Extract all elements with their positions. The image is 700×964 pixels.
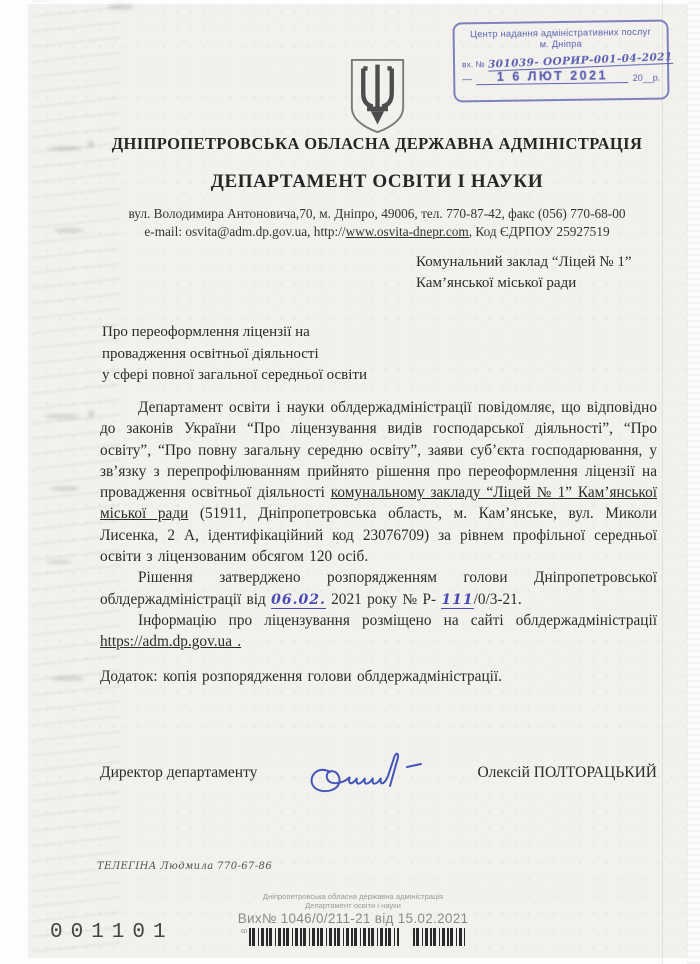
ukraine-trident-emblem-icon [349,58,406,139]
barcode-segment-2 [413,928,465,946]
intake-number-prefix: вх. № [462,59,485,69]
recipient-line2: Кам’янської міської ради [416,273,632,294]
recipient-block: Комунальний заклад “Ліцей № 1” Кам’янськ… [416,252,632,293]
recipient-line1: Комунальний заклад “Ліцей № 1” [416,252,632,273]
scan-artifact [54,228,84,233]
org-contact-line: e-mail: osvita@adm.dp.gov.ua, http://www… [97,224,657,240]
intake-year-suffix: 20__р. [633,73,661,83]
executor-line: ТЕЛЕГІНА Людмила 770-67-86 [97,861,272,872]
scanned-letter-page: Центр надання адміністративних послуг м.… [0,0,700,964]
attachment-line: Додаток: копія розпорядження голови облд… [100,666,657,687]
outgoing-stamp-org: Дніпропетровська обласна державна адміні… [222,892,484,901]
scan-artifact [48,146,82,151]
p3-text: Інформацію про ліцензування розміщено на… [138,612,657,629]
scan-artifact [687,0,700,964]
intake-stamp: Центр надання адміністративних послуг м.… [452,19,669,102]
page-number: 001101 [50,921,174,944]
org-name-title: ДНІПРОПЕТРОВСЬКА ОБЛАСНА ДЕРЖАВНА АДМІНІ… [97,134,657,154]
paragraph-1: Департамент освіти і науки облдержадміні… [100,397,657,567]
subject-line1: Про переоформлення ліцензії на [102,322,367,344]
scan-artifact [46,560,72,564]
letter-body: Департамент освіти і науки облдержадміні… [100,397,657,687]
p2-text-mid: 2021 року № Р- [326,591,442,608]
signature-row: Директор департаменту Олексій ПОЛТОРАЦЬК… [100,742,657,804]
signer-name: Олексій ПОЛТОРАЦЬКИЙ [477,764,657,782]
barcode-label: сп [241,929,247,935]
scan-artifact [108,4,134,10]
intake-date-dash: — [462,74,472,85]
adm-site-link: https://adm.dp.gov.ua . [100,633,241,650]
scan-artifact [88,410,94,418]
subject-line2: провадження освітньої діяльності [102,344,367,366]
signer-position: Директор департаменту [100,764,257,782]
org-address-line: вул. Володимира Антоновича,70, м. Дніпро… [97,206,657,222]
scan-artifact [50,486,80,491]
p2-text-cont: /0/3-21. [474,591,522,608]
subject-line3: у сфері повної загальної середньої освіт… [102,365,367,387]
org-website-link: www.osvita-dnepr.com [346,224,469,239]
outgoing-stamp-dept: Департамент освіти і науки [222,901,484,910]
paragraph-2: Рішення затверджено розпорядженням голов… [100,567,657,610]
outgoing-stamp: Дніпропетровська обласна державна адміні… [222,892,484,946]
scan-artifact [88,140,94,148]
contact-post: , Код ЄДРПОУ 25927519 [469,224,610,239]
scan-artifact [52,676,84,681]
paragraph-3: Інформацію про ліцензування розміщено на… [100,610,657,653]
barcode [249,928,399,946]
scan-artifact [44,414,80,419]
dept-name-title: ДЕПАРТАМЕНТ ОСВІТИ І НАУКИ [97,171,657,193]
handwritten-number-ink: 111 [441,592,473,609]
handwritten-date-ink: 06.02. [271,592,326,609]
contact-pre: e-mail: osvita@adm.dp.gov.ua, http:// [144,224,345,239]
signature-autograph-icon [300,736,435,803]
subject-block: Про переоформлення ліцензії на проваджен… [102,322,367,387]
outgoing-number-line: Вих№ 1046/0/211-21 від 15.02.2021 [222,911,484,926]
fold-line [662,0,663,964]
